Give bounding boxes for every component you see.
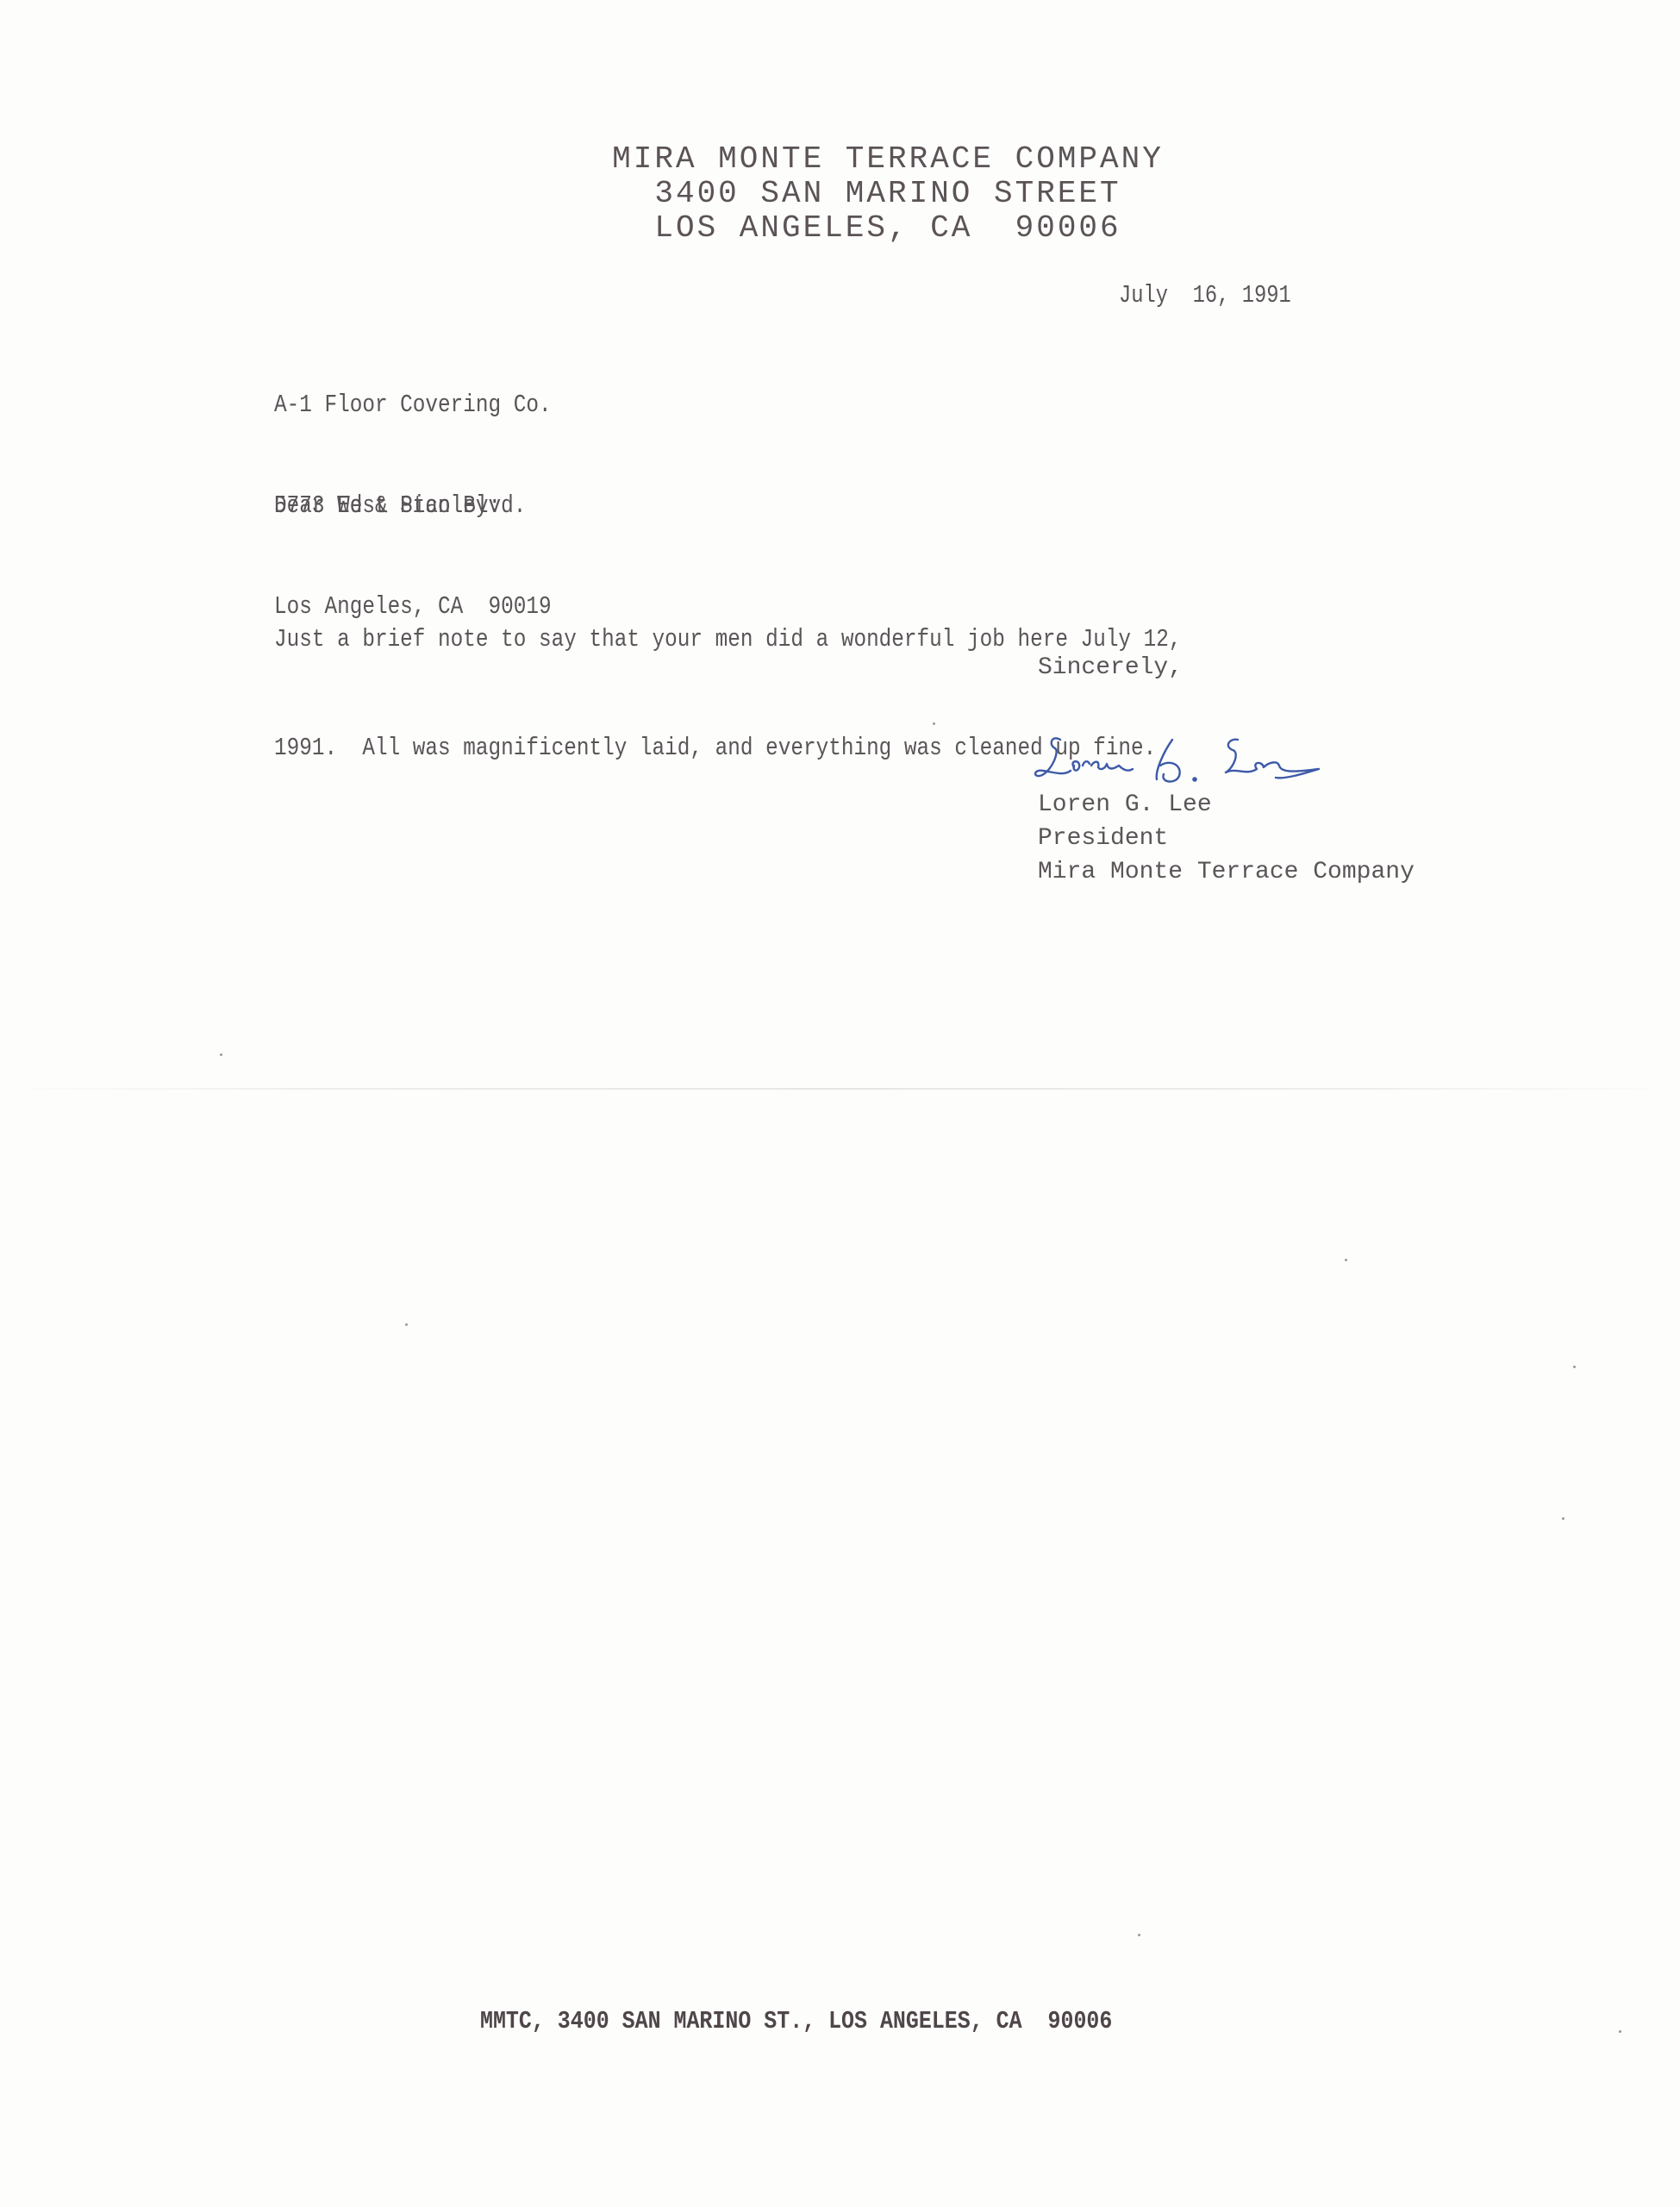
letterhead-city: LOS ANGELES, CA 90006 [431,211,1345,246]
scan-speck [220,1053,222,1056]
recipient-name: A-1 Floor Covering Co. [274,388,552,422]
footer-address: MMTC, 3400 SAN MARINO ST., LOS ANGELES, … [480,2007,1112,2035]
closing: Sincerely, [1038,651,1183,685]
signature-block: Loren G. Lee President Mira Monte Terrac… [1038,788,1415,889]
scan-speck [405,1323,408,1326]
signer-company: Mira Monte Terrace Company [1038,855,1415,889]
letterhead-company: MIRA MONTE TERRACE COMPANY [431,142,1345,177]
salutation: Dear Ed & Stanley: [274,489,501,522]
letterhead-street: 3400 SAN MARINO STREET [431,177,1345,211]
signer-name: Loren G. Lee [1038,788,1415,822]
scan-speck [1573,1366,1576,1368]
letter-date: July 16, 1991 [1119,281,1291,309]
scan-speck [1345,1259,1347,1261]
scan-speck [933,722,935,725]
scan-speck [1562,1517,1564,1520]
scan-speck [1138,1934,1140,1936]
scan-speck [1619,2030,1621,2033]
letter-page: MIRA MONTE TERRACE COMPANY 3400 SAN MARI… [0,0,1680,2207]
signer-title: President [1038,822,1415,855]
letterhead: MIRA MONTE TERRACE COMPANY 3400 SAN MARI… [431,142,1345,246]
paper-fold-line [0,1088,1680,1090]
